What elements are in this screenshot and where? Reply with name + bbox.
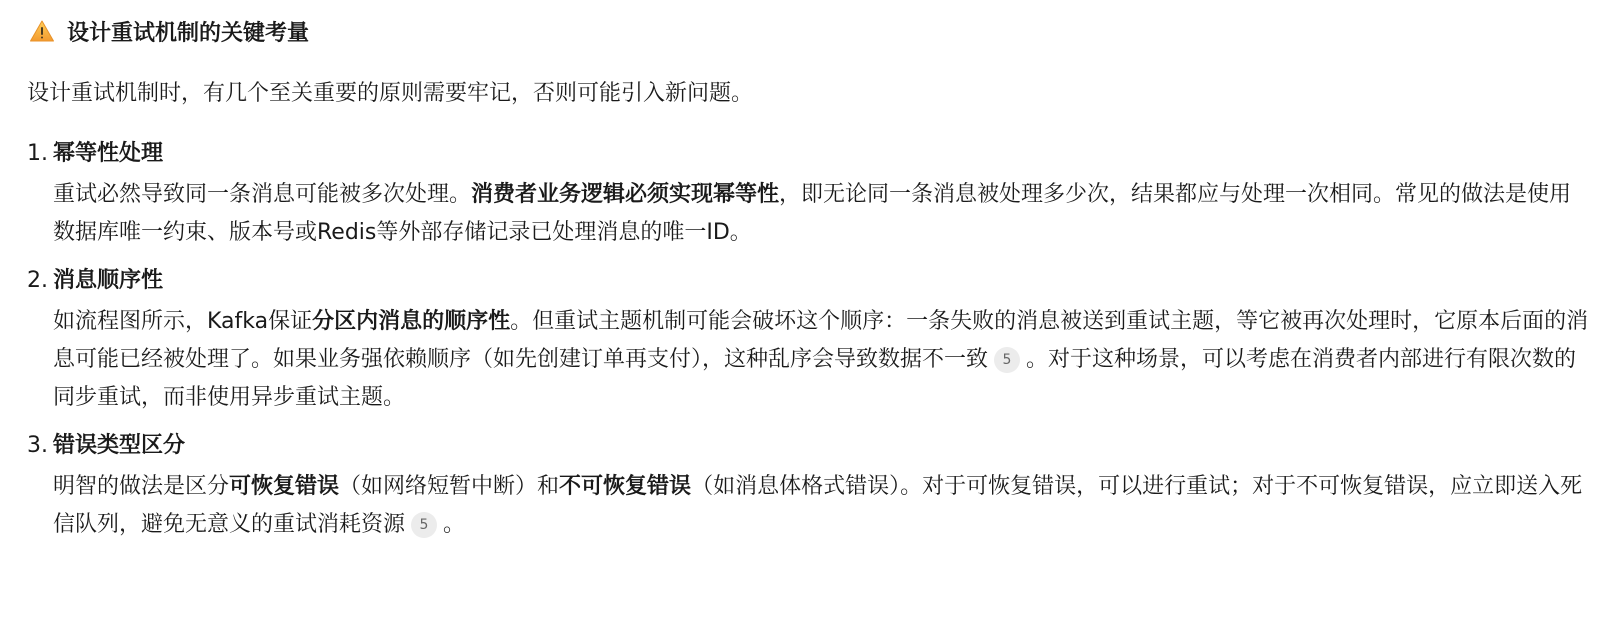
list-item-idempotency: 1. 幂等性处理 重试必然导致同一条消息可能被多次处理。消费者业务逻辑必须实现幂… [27, 139, 1587, 252]
bold-text: 不可恢复错误 [559, 474, 691, 499]
bold-text: 可恢复错误 [229, 474, 339, 499]
list-item-message-ordering: 2. 消息顺序性 如流程图所示，Kafka保证分区内消息的顺序性。但重试主题机制… [27, 266, 1587, 417]
warning-icon [29, 19, 55, 43]
citation-badge[interactable]: 5 [411, 512, 437, 538]
item-number: 1. [27, 139, 53, 169]
text-span: 如流程图所示，Kafka保证 [53, 309, 312, 334]
item-number: 2. [27, 266, 53, 296]
text-span: 重试必然导致同一条消息可能被多次处理。 [53, 182, 471, 207]
list-item-error-types: 3. 错误类型区分 明智的做法是区分可恢复错误（如网络短暂中断）和不可恢复错误（… [27, 431, 1587, 544]
item-body: 如流程图所示，Kafka保证分区内消息的顺序性。但重试主题机制可能会破坏这个顺序… [53, 303, 1593, 417]
text-span: 。 [443, 512, 465, 537]
item-title: 错误类型区分 [53, 431, 185, 461]
item-body: 明智的做法是区分可恢复错误（如网络短暂中断）和不可恢复错误（如消息体格式错误）。… [53, 468, 1593, 544]
item-title: 幂等性处理 [53, 139, 163, 169]
considerations-list: 1. 幂等性处理 重试必然导致同一条消息可能被多次处理。消费者业务逻辑必须实现幂… [27, 139, 1587, 544]
document-content: 设计重试机制的关键考量 设计重试机制时，有几个至关重要的原则需要牢记，否则可能引… [0, 16, 1587, 544]
text-span: 明智的做法是区分 [53, 474, 229, 499]
citation-badge[interactable]: 5 [994, 347, 1020, 373]
text-span: （如网络短暂中断）和 [339, 474, 559, 499]
bold-text: 分区内消息的顺序性 [312, 309, 510, 334]
intro-paragraph: 设计重试机制时，有几个至关重要的原则需要牢记，否则可能引入新问题。 [27, 79, 1587, 109]
item-body: 重试必然导致同一条消息可能被多次处理。消费者业务逻辑必须实现幂等性，即无论同一条… [53, 176, 1593, 252]
section-heading: 设计重试机制的关键考量 [27, 16, 1587, 46]
section-title: 设计重试机制的关键考量 [67, 16, 309, 47]
item-number: 3. [27, 431, 53, 461]
bold-text: 消费者业务逻辑必须实现幂等性 [471, 182, 779, 207]
item-title: 消息顺序性 [53, 266, 163, 296]
